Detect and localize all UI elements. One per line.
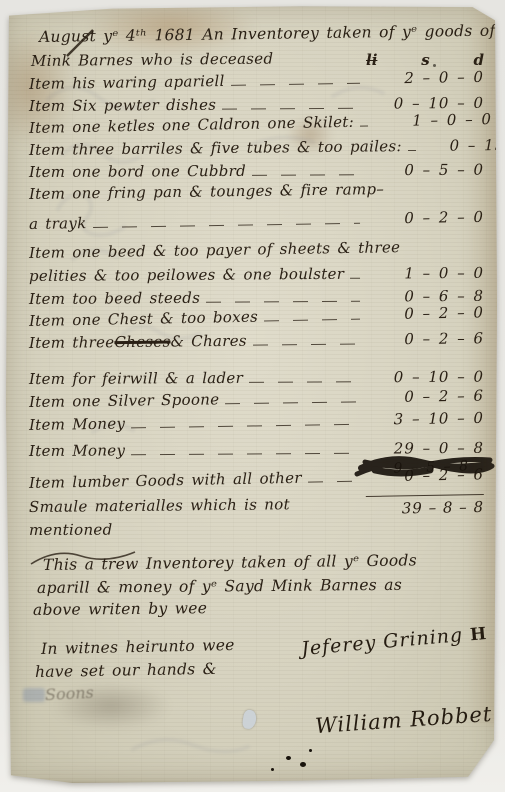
pence-symbol: d xyxy=(473,51,484,69)
closing-line-2: aparill & money of yᵉ Sayd Mink Barnes a… xyxy=(37,575,484,598)
item-value: 2 – 0 – 0 xyxy=(366,68,484,89)
faint-scribble-word: Soons xyxy=(45,683,95,705)
item-value: 0 – 10 – 0 xyxy=(366,368,484,388)
ink-speck xyxy=(300,762,306,767)
item-value: 0 – 2 – 6 xyxy=(366,387,484,408)
pounds-symbol: li xyxy=(366,51,377,69)
item-text: a trayk xyxy=(29,214,87,234)
inventory-item-row: pelities & too peilowes & one boulster1 … xyxy=(29,264,484,286)
item-text: mentioned xyxy=(29,521,113,540)
item-value: 1 – 0 – 0 xyxy=(374,110,492,131)
item-text: & Chares xyxy=(170,332,247,352)
item-text: Item too beed steeds xyxy=(29,289,200,309)
inventory-item-row: mentioned xyxy=(29,519,484,540)
ink-scribble-blot xyxy=(355,448,497,484)
item-text: Item Money xyxy=(29,414,126,435)
closing-text-3: above writen by wee xyxy=(33,599,207,620)
witness-text-1: In witnes heirunto wee xyxy=(41,636,235,659)
dash-leader xyxy=(231,74,361,91)
dash-leader xyxy=(225,392,360,409)
inventory-item-row: Item for feirwill & a lader0 – 10 – 0 xyxy=(29,368,484,389)
item-text: Item one bord one Cubbrd xyxy=(29,162,246,182)
item-value: 0 – 2 – 0 xyxy=(366,208,484,229)
dash-leader xyxy=(408,141,416,156)
item-text: Item for feirwill & a lader xyxy=(29,369,243,389)
item-value: 0 – 15 – 0 xyxy=(422,136,505,156)
item-text: Item three barriles & five tubes & too p… xyxy=(29,137,402,160)
dash-leader xyxy=(360,116,368,131)
dash-leader xyxy=(131,444,360,461)
item-value: 3 – 10 – 0 xyxy=(366,409,484,430)
dash-leader xyxy=(252,165,360,181)
shillings-symbol: s xyxy=(421,51,429,69)
dash-leader xyxy=(253,335,360,351)
currency-column-header: li s d xyxy=(366,51,484,69)
paper-sheet-wrapper: August yᵉ 4ᵗʰ 1681 An Inventorey taken o… xyxy=(0,0,505,792)
item-text: Item one Silver Spoone xyxy=(29,390,220,412)
ink-speck xyxy=(286,756,291,760)
dash-leader xyxy=(308,472,360,488)
item-text: Item three xyxy=(29,333,115,353)
item-text: Item Six pewter dishes xyxy=(29,96,216,116)
total-amount: 39 – 8 – 8 xyxy=(366,494,484,518)
dash-leader xyxy=(249,372,360,388)
item-text: Item Money xyxy=(29,441,125,461)
ink-speck xyxy=(433,64,436,67)
ink-speck xyxy=(309,749,312,752)
item-value: 0 – 2 – 6 xyxy=(366,329,484,349)
item-value: 0 – 5 – 0 xyxy=(366,161,484,181)
item-text: Smaule materialles which is not xyxy=(29,495,290,517)
scanned-document-view: August yᵉ 4ᵗʰ 1681 An Inventorey taken o… xyxy=(0,0,505,792)
signature-1-mark: H xyxy=(469,624,488,645)
closing-text-2: aparill & money of yᵉ Sayd Mink Barnes a… xyxy=(37,576,402,598)
item-value: 0 – 2 – 0 xyxy=(366,303,484,324)
item-text: Item his waring apariell xyxy=(29,72,225,94)
witness-text-2: have set our hands & xyxy=(35,660,217,682)
item-text: pelities & too peilowes & one boulster xyxy=(29,265,344,286)
manuscript-page: August yᵉ 4ᵗʰ 1681 An Inventorey taken o… xyxy=(3,4,500,783)
item-text-struck: Cheses xyxy=(114,333,170,353)
dash-leader xyxy=(350,269,360,284)
item-value: 1 – 0 – 0 xyxy=(366,264,484,284)
ink-speck xyxy=(271,768,274,771)
dash-leader xyxy=(264,310,360,327)
subject-text: Mink Barnes who is deceased xyxy=(31,49,274,71)
